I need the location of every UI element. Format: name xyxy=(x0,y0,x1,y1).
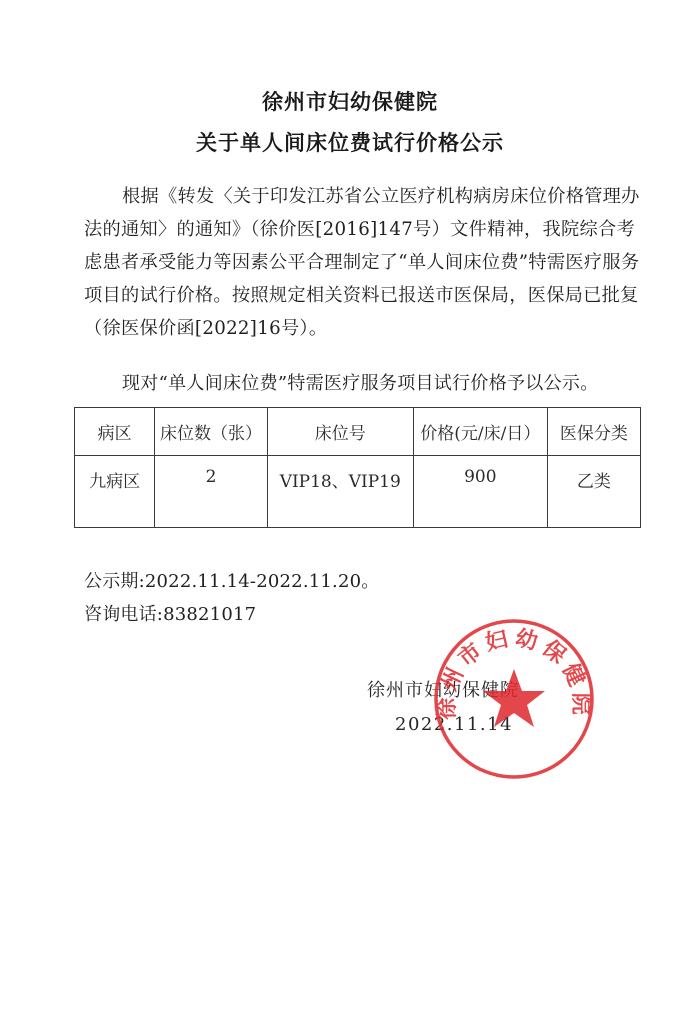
price-table: 病区 床位数（张） 床位号 价格(元/床/日） 医保分类 九病区 2 VIP18… xyxy=(74,407,641,528)
document-title: 徐州市妇幼保健院 xyxy=(0,86,700,116)
official-seal-icon: 徐州市妇幼保健院 xyxy=(432,617,596,781)
contact-phone: 咨询电话:83821017 xyxy=(84,600,256,626)
publicity-period: 公示期:2022.11.14-2022.11.20。 xyxy=(84,567,379,593)
header-price: 价格(元/床/日） xyxy=(413,408,547,456)
cell-insurance-class: 乙类 xyxy=(547,456,640,528)
cell-ward: 九病区 xyxy=(75,456,155,528)
header-ward: 病区 xyxy=(75,408,155,456)
document-subtitle: 关于单人间床位费试行价格公示 xyxy=(0,127,700,157)
header-insurance-class: 医保分类 xyxy=(547,408,640,456)
body-paragraph-2: 现对“单人间床位费”特需医疗服务项目试行价格予以公示。 xyxy=(84,367,640,400)
cell-bed-count: 2 xyxy=(155,456,267,528)
header-bed-number: 床位号 xyxy=(267,408,413,456)
header-bed-count: 床位数（张） xyxy=(155,408,267,456)
table-header-row: 病区 床位数（张） 床位号 价格(元/床/日） 医保分类 xyxy=(75,408,641,456)
cell-price: 900 xyxy=(413,456,547,528)
table-row: 九病区 2 VIP18、VIP19 900 乙类 xyxy=(75,456,641,528)
body-paragraph-1: 根据《转发〈关于印发江苏省公立医疗机构病房床位价格管理办法的通知〉的通知》（徐价… xyxy=(84,180,640,345)
cell-bed-number: VIP18、VIP19 xyxy=(267,456,413,528)
